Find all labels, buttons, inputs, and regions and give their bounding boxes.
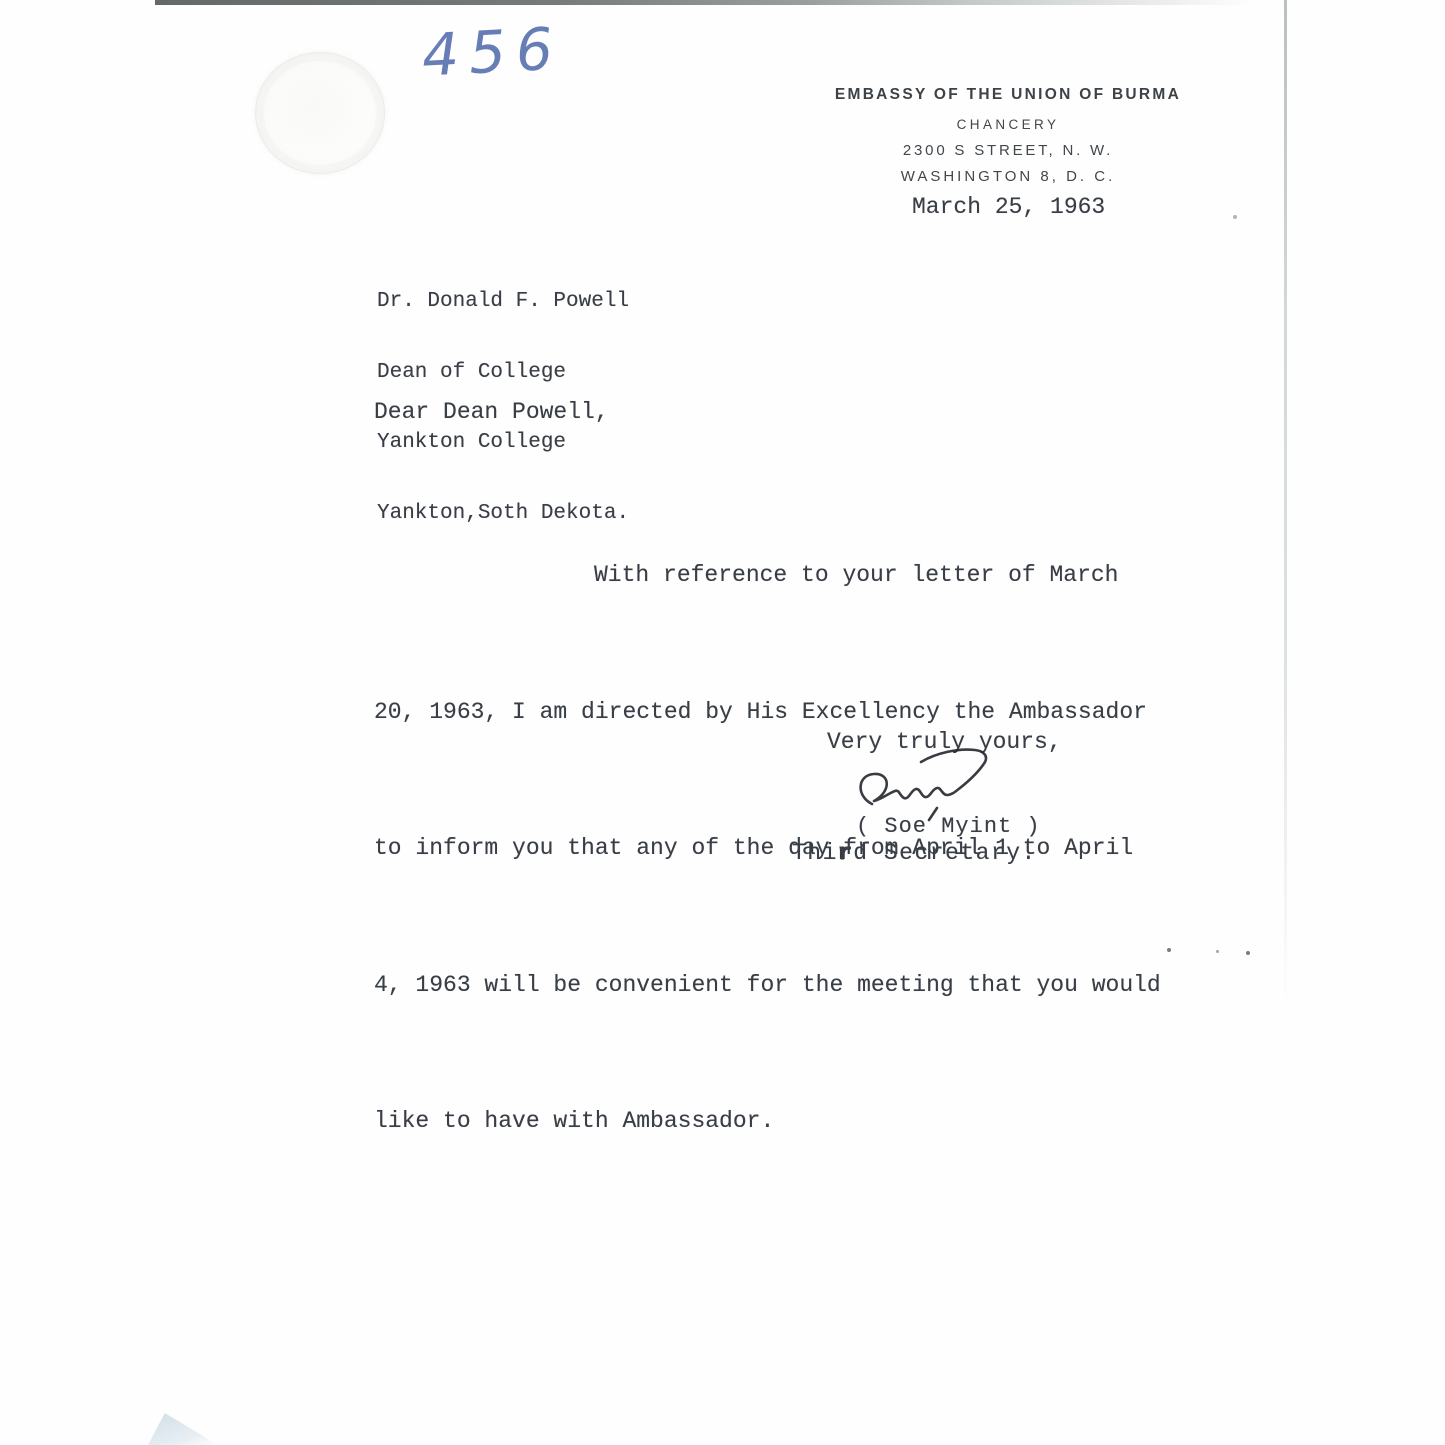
scan-speck (1216, 950, 1219, 953)
scanned-letter-page: 456 EMBASSY OF THE UNION OF BURMA CHANCE… (0, 0, 1445, 1445)
letterhead-city: WASHINGTON 8, D. C. (828, 168, 1188, 185)
signer-title-post: d Secretary. (853, 840, 1037, 866)
letter-body: With reference to your letter of March 2… (374, 462, 1174, 1236)
body-line: 4, 1963 will be convenient for the meeti… (374, 963, 1174, 1009)
embossed-seal (255, 52, 385, 174)
recipient-title: Dean of College (377, 361, 629, 385)
signer-name: ( Soe Myint ) (856, 814, 1041, 839)
scan-speck (1233, 215, 1237, 219)
letterhead-chancery: CHANCERY (828, 117, 1188, 132)
body-line: to inform you that any of the day from A… (374, 826, 1174, 872)
signer-title: Third Secretary. (792, 840, 1037, 866)
letterhead-street: 2300 S STREET, N. W. (828, 142, 1188, 159)
recipient-org: Yankton College (377, 431, 629, 455)
letter-date: March 25, 1963 (912, 194, 1105, 220)
letterhead-organization: EMBASSY OF THE UNION OF BURMA (828, 86, 1188, 104)
recipient-name: Dr. Donald F. Powell (377, 290, 629, 314)
signer-title-overstrike: r (838, 840, 853, 866)
signer-title-pre: Thi (792, 840, 838, 866)
page-corner-fold (148, 1413, 218, 1445)
letterhead: EMBASSY OF THE UNION OF BURMA CHANCERY 2… (828, 86, 1188, 185)
body-line: like to have with Ambassador. (374, 1099, 1174, 1145)
scan-top-edge-shadow (155, 0, 1285, 5)
body-line: With reference to your letter of March (374, 553, 1174, 599)
handwritten-number: 456 (420, 14, 564, 89)
salutation: Dear Dean Powell, (374, 399, 609, 425)
scan-speck (1246, 951, 1250, 955)
scan-right-edge-line (1284, 0, 1287, 1010)
